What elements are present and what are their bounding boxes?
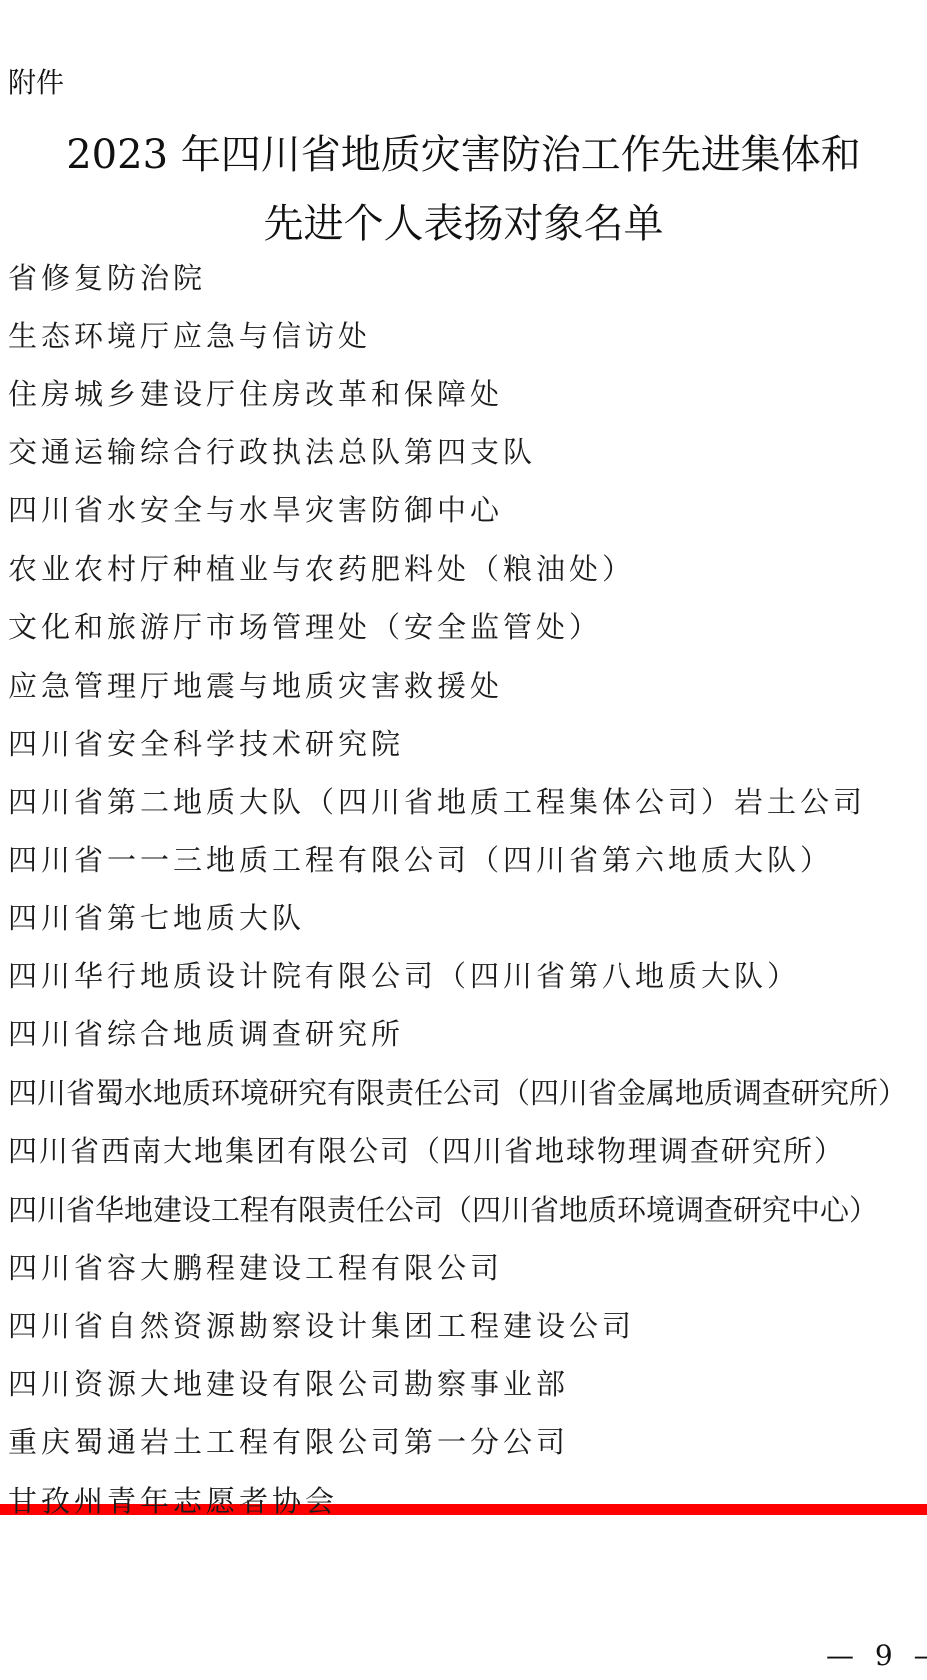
list-item: 四川华行地质设计院有限公司（四川省第八地质大队） [8,958,800,994]
list-item: 四川省容大鹏程建设工程有限公司 [8,1250,503,1286]
list-item: 文化和旅游厅市场管理处（安全监管处） [8,609,602,645]
list-item: 四川省第二地质大队（四川省地质工程集体公司）岩土公司 [8,784,866,820]
list-item: 生态环境厅应急与信访处 [8,318,371,354]
attachment-label: 附件 [8,66,64,100]
list-item-highlighted: 四川资源大地建设有限公司勘察事业部 [8,1366,569,1402]
list-item: 甘孜州青年志愿者协会 [8,1483,338,1519]
list-item: 四川省综合地质调查研究所 [8,1016,404,1052]
list-item: 农业农村厅种植业与农药肥料处（粮油处） [8,551,635,587]
page-number: — 9 — [826,1640,927,1672]
list-item: 四川省一一三地质工程有限公司（四川省第六地质大队） [8,842,833,878]
document-title-line-2: 先进个人表扬对象名单 [0,200,927,248]
list-item: 应急管理厅地震与地质灾害救援处 [8,668,503,704]
list-item: 四川省第七地质大队 [8,900,305,936]
list-item: 重庆蜀通岩土工程有限公司第一分公司 [8,1424,569,1460]
list-item: 省修复防治院 [8,260,206,296]
list-item: 四川省自然资源勘察设计集团工程建设公司 [8,1308,635,1344]
list-item: 四川省蜀水地质环境研究有限责任公司（四川省金属地质调查研究所） [8,1075,907,1111]
document-title-line-1: 2023 年四川省地质灾害防治工作先进集体和 [0,131,927,179]
list-item: 四川省华地建设工程有限责任公司（四川省地质环境调查研究中心） [8,1192,878,1228]
list-item: 四川省西南大地集团有限公司（四川省地球物理调查研究所） [8,1133,845,1169]
list-item: 四川省安全科学技术研究院 [8,726,404,762]
list-item: 四川省水安全与水旱灾害防御中心 [8,492,503,528]
list-item: 交通运输综合行政执法总队第四支队 [8,434,536,470]
list-item: 住房城乡建设厅住房改革和保障处 [8,376,503,412]
